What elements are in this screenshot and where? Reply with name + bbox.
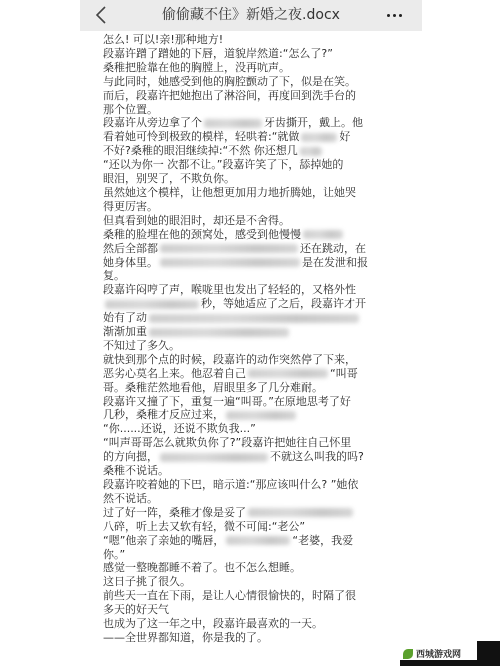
doc-text: 不好?桑稚的眼泪继续掉:“不然 你还想几 bbox=[103, 144, 298, 157]
document-body: 怎么! 可以!亲!那种地方! 段嘉许蹭了蹭她的下唇，道貌岸然道:“怎么了?” 桑… bbox=[103, 33, 387, 645]
doc-line: 几秒，桑稚才反应过来， bbox=[103, 408, 387, 422]
doc-text: “老婆，我爱 bbox=[292, 534, 353, 547]
doc-line: 不知过了多久。 bbox=[103, 339, 387, 353]
doc-line: 得更厉害。 bbox=[103, 200, 387, 214]
doc-line: 多天的好天气 bbox=[103, 603, 387, 617]
site-watermark: 西城游戏网 bbox=[400, 641, 500, 666]
doc-line: 感觉一整晚都睡不着了。也不怎么想睡。 bbox=[103, 561, 387, 575]
redacted-text-blur bbox=[160, 453, 268, 462]
doc-line: 前些天一直在下雨，是让人心情很愉快的，时隔了很 bbox=[103, 589, 387, 603]
chevron-left-icon bbox=[96, 6, 106, 24]
redacted-text-blur bbox=[149, 328, 289, 337]
watermark-dark-strip bbox=[400, 660, 500, 666]
doc-text: 段嘉许咬着她的下巴，暗示道:“那应该叫什么? ”她依 bbox=[103, 478, 358, 491]
doc-line: 怎么! 可以!亲!那种地方! bbox=[103, 33, 387, 47]
doc-text: “叫哥 bbox=[330, 367, 358, 380]
doc-text: 然后全部都 bbox=[103, 242, 158, 255]
ellipsis-icon-dot bbox=[399, 14, 402, 17]
redacted-text-blur bbox=[160, 258, 300, 267]
redacted-text-blur bbox=[160, 244, 298, 253]
doc-line: 段嘉许从旁边拿了个牙齿撕开，戴上。他 bbox=[103, 116, 387, 130]
doc-text: 但真看到她的眼泪时，却还是不舍得。 bbox=[103, 214, 290, 227]
doc-line: “还以为你一 次都不让。”段嘉许笑了下，舔掉她的 bbox=[103, 158, 387, 172]
doc-line: 与此同时，她感受到他的胸腔颤动了下，似是在笑。 bbox=[103, 75, 387, 89]
doc-text: 而后，段嘉许把她抱出了淋浴间，再度回到洗手台的 bbox=[103, 89, 356, 102]
doc-text: 眼泪，别哭了，不欺负你。 bbox=[103, 172, 235, 185]
doc-line: 恶劣心莫名上来。他忍着自己“叫哥 bbox=[103, 367, 387, 381]
leaf-logo-icon bbox=[403, 649, 413, 659]
doc-text: 秒，等她适应了之后，段嘉许才开 bbox=[201, 297, 366, 310]
doc-text: 那个位置。 bbox=[103, 103, 158, 116]
doc-text: 渐渐加重 bbox=[103, 325, 147, 338]
doc-line: 段嘉许咬着她的下巴，暗示道:“那应该叫什么? ”她依 bbox=[103, 478, 387, 492]
doc-text: 段嘉许从旁边拿了个 bbox=[103, 116, 202, 129]
doc-line: 桑稚把脸靠在他的胸膛上，没再吭声。 bbox=[103, 61, 387, 75]
doc-line: 她身体里。是在发泄和报 bbox=[103, 256, 387, 270]
doc-line: 始有了动 bbox=[103, 311, 387, 325]
redacted-text-blur bbox=[226, 411, 296, 420]
redacted-text-blur bbox=[301, 133, 337, 142]
doc-text: 桑稚把脸靠在他的胸膛上，没再吭声。 bbox=[103, 61, 290, 74]
doc-text: 怎么! 可以!亲!那种地方! bbox=[103, 33, 223, 46]
doc-line: 的方向摁，不就这么叫我的吗? bbox=[103, 450, 387, 464]
doc-line: 就快到那个点的时候，段嘉许的动作突然停了下来， bbox=[103, 353, 387, 367]
doc-line: “嗯”他亲了亲她的嘴唇，“老婆，我爱 bbox=[103, 534, 387, 548]
doc-line: 那个位置。 bbox=[103, 103, 387, 117]
watermark-text: 西城游戏网 bbox=[416, 647, 461, 660]
doc-text: 段嘉许又撞了下，重复一遍“叫哥。”在原地思考了好 bbox=[103, 395, 351, 408]
doc-line: 秒，等她适应了之后，段嘉许才开 bbox=[103, 297, 387, 311]
doc-line: 不好?桑稚的眼泪继续掉:“不然 你还想几 bbox=[103, 144, 387, 158]
doc-text: 看着她可怜到极致的模样，轻哄着:“就做 bbox=[103, 130, 299, 143]
redacted-text-blur bbox=[248, 369, 328, 378]
doc-text: 恶劣心莫名上来。他忍着自己 bbox=[103, 367, 246, 380]
doc-line: 桑稚不说话。 bbox=[103, 464, 387, 478]
doc-line: 渐渐加重 bbox=[103, 325, 387, 339]
redacted-text-blur bbox=[303, 230, 343, 239]
doc-text: 就快到那个点的时候，段嘉许的动作突然停了下来， bbox=[103, 353, 356, 366]
doc-text: 也成为了这一年之中，段嘉许最喜欢的一天。 bbox=[103, 617, 323, 630]
doc-text: ——全世界都知道，你是我的了。 bbox=[103, 631, 268, 644]
doc-text: “叫声哥哥怎么就欺负你了?”段嘉许把她往自己怀里 bbox=[103, 436, 351, 449]
redacted-text-blur bbox=[300, 147, 322, 156]
doc-line: 然后全部都还在跳动，在 bbox=[103, 242, 387, 256]
doc-text: 不就这么叫我的吗? bbox=[270, 450, 364, 463]
doc-text: 她身体里。 bbox=[103, 256, 158, 269]
doc-line: 但真看到她的眼泪时，却还是不舍得。 bbox=[103, 214, 387, 228]
doc-line: 看着她可怜到极致的模样，轻哄着:“就做好 bbox=[103, 130, 387, 144]
doc-text: 牙齿撕开，戴上。他 bbox=[264, 116, 363, 129]
document-title: 偷偷藏不住》新婚之夜.docx bbox=[140, 0, 362, 31]
doc-text: 过了好一阵，桑稚才像是妥了 bbox=[103, 506, 246, 519]
doc-text: 虽然她这个模样，让他想更加用力地折腾她，让她哭 bbox=[103, 186, 356, 199]
doc-line: 虽然她这个模样，让他想更加用力地折腾她，让她哭 bbox=[103, 186, 387, 200]
doc-text: “你......还说，还说不欺负我...” bbox=[103, 422, 256, 435]
doc-line: 眼泪，别哭了，不欺负你。 bbox=[103, 172, 387, 186]
doc-text: 得更厉害。 bbox=[103, 200, 158, 213]
doc-text: 还在跳动，在 bbox=[300, 242, 366, 255]
doc-line: “叫声哥哥怎么就欺负你了?”段嘉许把她往自己怀里 bbox=[103, 436, 387, 450]
doc-text: 感觉一整晚都睡不着了。也不怎么想睡。 bbox=[103, 561, 301, 574]
doc-text: 前些天一直在下雨，是让人心情很愉快的，时隔了很 bbox=[103, 589, 356, 602]
doc-text: 桑稚的脸埋在他的颈窝处，感受到他慢慢 bbox=[103, 228, 301, 241]
doc-text: 这日子挑了很久。 bbox=[103, 575, 191, 588]
redacted-text-blur bbox=[105, 300, 199, 309]
doc-text: 桑稚不说话。 bbox=[103, 464, 169, 477]
doc-text: “嗯”他亲了亲她的嘴唇， bbox=[103, 534, 224, 547]
doc-text: 段嘉许闷哼了声，喉咙里也发出了轻轻的，又格外性 bbox=[103, 283, 356, 296]
doc-line: 也成为了这一年之中，段嘉许最喜欢的一天。 bbox=[103, 617, 387, 631]
doc-line: 过了好一阵，桑稚才像是妥了 bbox=[103, 506, 387, 520]
doc-line: 段嘉许闷哼了声，喉咙里也发出了轻轻的，又格外性 bbox=[103, 283, 387, 297]
redacted-text-blur bbox=[248, 508, 353, 517]
doc-line: 八碎，听上去又软有轻，微不可闻:“老公” bbox=[103, 520, 387, 534]
redacted-text-blur bbox=[149, 314, 359, 323]
doc-text: 段嘉许蹭了蹭她的下唇，道貌岸然道:“怎么了?” bbox=[103, 47, 333, 60]
doc-text: 几秒，桑稚才反应过来， bbox=[103, 408, 224, 421]
doc-text: 的方向摁， bbox=[103, 450, 158, 463]
doc-line: 你。” bbox=[103, 548, 387, 562]
doc-line: 段嘉许蹭了蹭她的下唇，道貌岸然道:“怎么了?” bbox=[103, 47, 387, 61]
doc-line: 段嘉许又撞了下，重复一遍“叫哥。”在原地思考了好 bbox=[103, 395, 387, 409]
doc-text: 复。 bbox=[103, 269, 125, 282]
doc-line: 而后，段嘉许把她抱出了淋浴间，再度回到洗手台的 bbox=[103, 89, 387, 103]
doc-line: 这日子挑了很久。 bbox=[103, 575, 387, 589]
document-viewer-header: 偷偷藏不住》新婚之夜.docx bbox=[80, 0, 422, 31]
doc-text: 你。” bbox=[103, 548, 125, 561]
more-options-button[interactable] bbox=[380, 4, 408, 26]
doc-text: 与此同时，她感受到他的胸腔颤动了下，似是在笑。 bbox=[103, 75, 356, 88]
redacted-text-blur bbox=[226, 536, 290, 545]
ellipsis-icon-dot bbox=[393, 14, 396, 17]
back-button[interactable] bbox=[90, 3, 112, 27]
doc-text: 好 bbox=[339, 130, 350, 143]
doc-line: 然不说话。 bbox=[103, 492, 387, 506]
doc-line: 哥。桑稚茫然地看他，眉眼里多了几分难耐。 bbox=[103, 381, 387, 395]
doc-text: 然不说话。 bbox=[103, 492, 158, 505]
ellipsis-icon-dot bbox=[387, 14, 390, 17]
doc-line: “你......还说，还说不欺负我...” bbox=[103, 422, 387, 436]
doc-text: 多天的好天气 bbox=[103, 603, 169, 616]
doc-text: “还以为你一 次都不让。”段嘉许笑了下，舔掉她的 bbox=[103, 158, 343, 171]
redacted-text-blur bbox=[204, 119, 262, 128]
doc-line: ——全世界都知道，你是我的了。 bbox=[103, 631, 387, 645]
doc-text: 哥。桑稚茫然地看他，眉眼里多了几分难耐。 bbox=[103, 381, 323, 394]
doc-line: 桑稚的脸埋在他的颈窝处，感受到他慢慢 bbox=[103, 228, 387, 242]
doc-line: 复。 bbox=[103, 269, 387, 283]
doc-text: 是在发泄和报 bbox=[302, 256, 368, 269]
doc-text: 不知过了多久。 bbox=[103, 339, 180, 352]
doc-text: 始有了动 bbox=[103, 311, 147, 324]
doc-text: 八碎，听上去又软有轻，微不可闻:“老公” bbox=[103, 520, 305, 533]
